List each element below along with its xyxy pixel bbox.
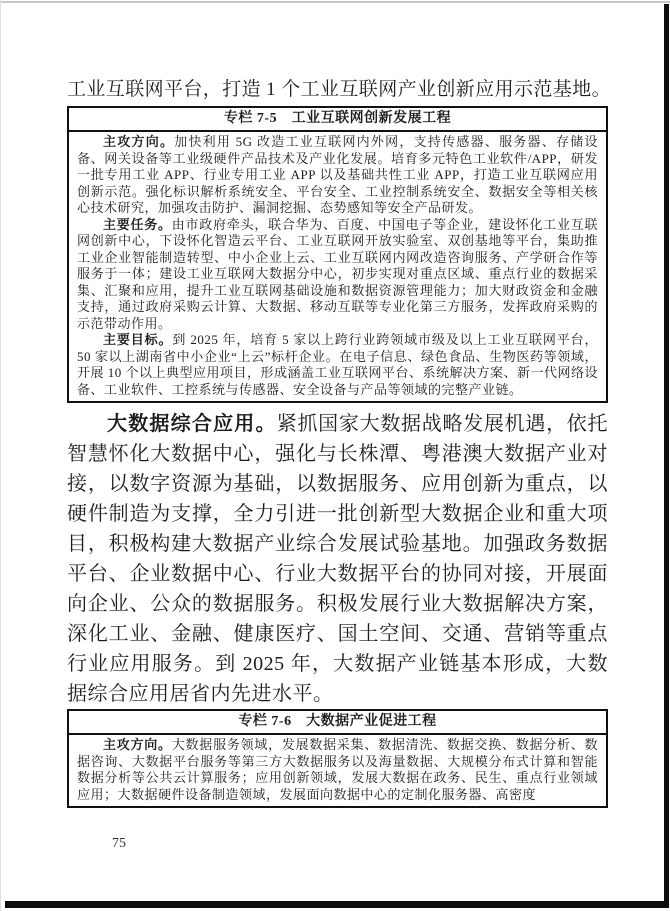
box-paragraph: 主要目标。到 2025 年，培育 5 家以上跨行业跨领域市级及以上工业互联网平台… — [77, 332, 598, 398]
box-paragraph: 主攻方向。加快利用 5G 改造工业互联网内外网，支持传感器、服务器、存储设备、网… — [77, 134, 598, 217]
page-number: 75 — [112, 836, 126, 852]
paragraph-text: 紧抓国家大数据战略发展机遇，依托智慧怀化大数据中心，强化与长株潭、粤港澳大数据产… — [67, 413, 608, 705]
paragraph-continuation: 工业互联网平台，打造 1 个工业互联网产业创新应用示范基地。 — [67, 78, 608, 102]
callout-box-7-6-body: 主攻方向。大数据服务领域，发展数据采集、数据清洗、数据交换、数据分析、数据咨询、… — [69, 735, 606, 806]
paragraph-text: 由市政府牵头，联合华为、百度、中国电子等企业，建设怀化工业互联网创新中心，下设怀… — [77, 217, 598, 331]
callout-box-7-5: 专栏 7-5 工业互联网创新发展工程 主攻方向。加快利用 5G 改造工业互联网内… — [67, 106, 608, 403]
box-paragraph: 主攻方向。大数据服务领域，发展数据采集、数据清洗、数据交换、数据分析、数据咨询、… — [77, 737, 598, 803]
document-page: 工业互联网平台，打造 1 个工业互联网产业创新应用示范基地。 专栏 7-5 工业… — [0, 0, 670, 911]
callout-box-7-6-title: 专栏 7-6 大数据产业促进工程 — [69, 711, 606, 735]
callout-box-7-5-title: 专栏 7-5 工业互联网创新发展工程 — [69, 108, 606, 132]
scan-edge-bottom — [5, 901, 669, 908]
scan-edge-top — [0, 1, 670, 3]
callout-box-7-5-body: 主攻方向。加快利用 5G 改造工业互联网内外网，支持传感器、服务器、存储设备、网… — [69, 132, 606, 401]
paragraph-lead: 大数据综合应用。 — [107, 413, 277, 435]
page-content: 工业互联网平台，打造 1 个工业互联网产业创新应用示范基地。 专栏 7-5 工业… — [67, 78, 608, 808]
paragraph-lead: 主要任务。 — [103, 217, 172, 232]
scan-edge-right — [664, 4, 669, 908]
callout-box-7-6: 专栏 7-6 大数据产业促进工程 主攻方向。大数据服务领域，发展数据采集、数据清… — [67, 709, 608, 808]
body-paragraph-big-data: 大数据综合应用。紧抓国家大数据战略发展机遇，依托智慧怀化大数据中心，强化与长株潭… — [67, 409, 608, 709]
box-paragraph: 主要任务。由市政府牵头，联合华为、百度、中国电子等企业，建设怀化工业互联网创新中… — [77, 217, 598, 333]
scan-edge-left — [0, 0, 1, 911]
paragraph-lead: 主攻方向。 — [103, 737, 172, 752]
paragraph-lead: 主要目标。 — [103, 332, 172, 347]
paragraph-lead: 主攻方向。 — [103, 134, 174, 149]
